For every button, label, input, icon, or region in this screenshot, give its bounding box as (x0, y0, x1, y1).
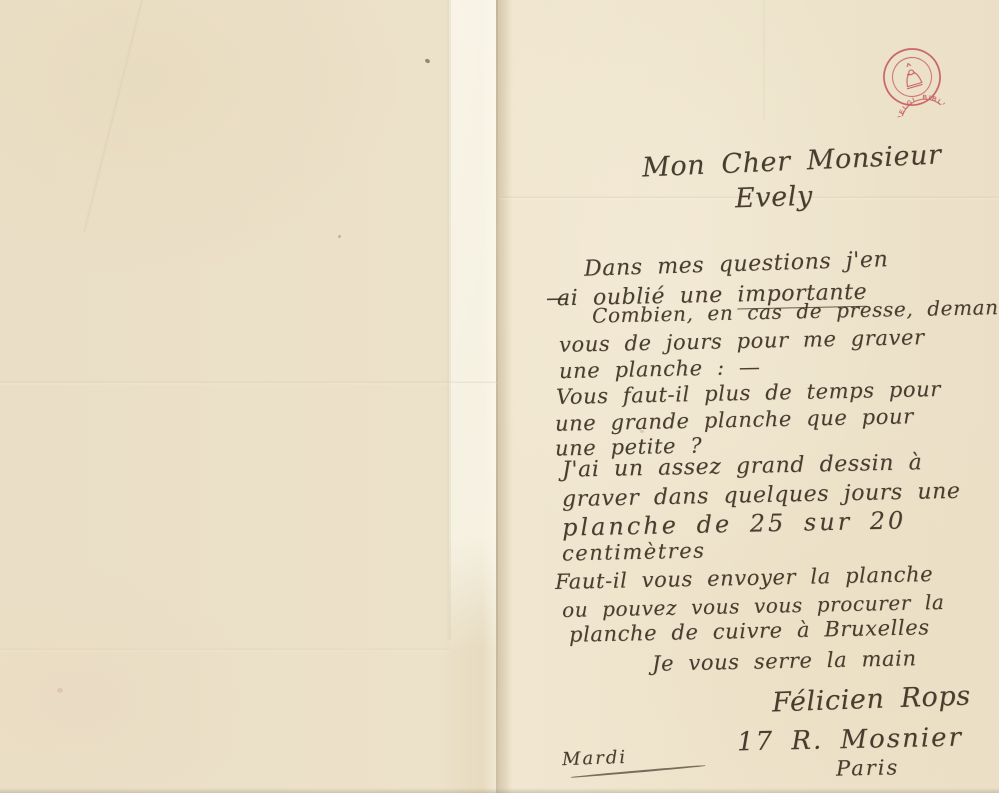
letter-line: une planche : — (559, 355, 761, 383)
scan-bottom-edge (0, 788, 999, 793)
letter-line: une grande planche que pour (555, 404, 914, 436)
letter-line: centimètres (562, 539, 706, 566)
stamp-emblem (900, 61, 922, 88)
crease-line (0, 381, 497, 385)
paper-speck (424, 58, 430, 64)
letter-scan: BIBLIOTHÈQUE ROYALE DE BELGIQUE Mon Cher… (0, 0, 999, 793)
paper-speck (338, 235, 341, 238)
letter-line: Dans mes questions j'en (584, 247, 889, 282)
crease-line (762, 0, 766, 120)
address-line: 17 R. Mosnier (737, 723, 964, 758)
city-line: Paris (836, 755, 900, 780)
fold-highlight (482, 0, 496, 793)
library-stamp: BIBLIOTHÈQUE ROYALE DE BELGIQUE (866, 33, 958, 121)
mounting-strip-edge (446, 0, 451, 640)
fold-shadow (498, 0, 512, 793)
svg-text:BIBLIOTHÈQUE ROYALE DE BELGIQU: BIBLIOTHÈQUE ROYALE DE BELGIQUE (866, 33, 958, 121)
crease-line (82, 0, 144, 233)
margin-dash: — (546, 286, 569, 311)
letter-line: vous de jours pour me graver (559, 325, 925, 357)
salutation-line-2: Evely (734, 181, 813, 215)
paper-speck (57, 688, 63, 693)
salutation-line-1: Mon Cher Monsieur (641, 139, 942, 183)
date-note-text: Mardi (562, 747, 628, 770)
date-note: Mardi (562, 747, 628, 770)
crease-line (0, 648, 450, 652)
closing-line: Je vous serre la main (652, 646, 917, 676)
letter-line: planche de 25 sur 20 (562, 506, 907, 541)
letter-line: Faut-il vous envoyer la planche (555, 562, 934, 594)
signature: Félicien Rops (772, 681, 972, 719)
